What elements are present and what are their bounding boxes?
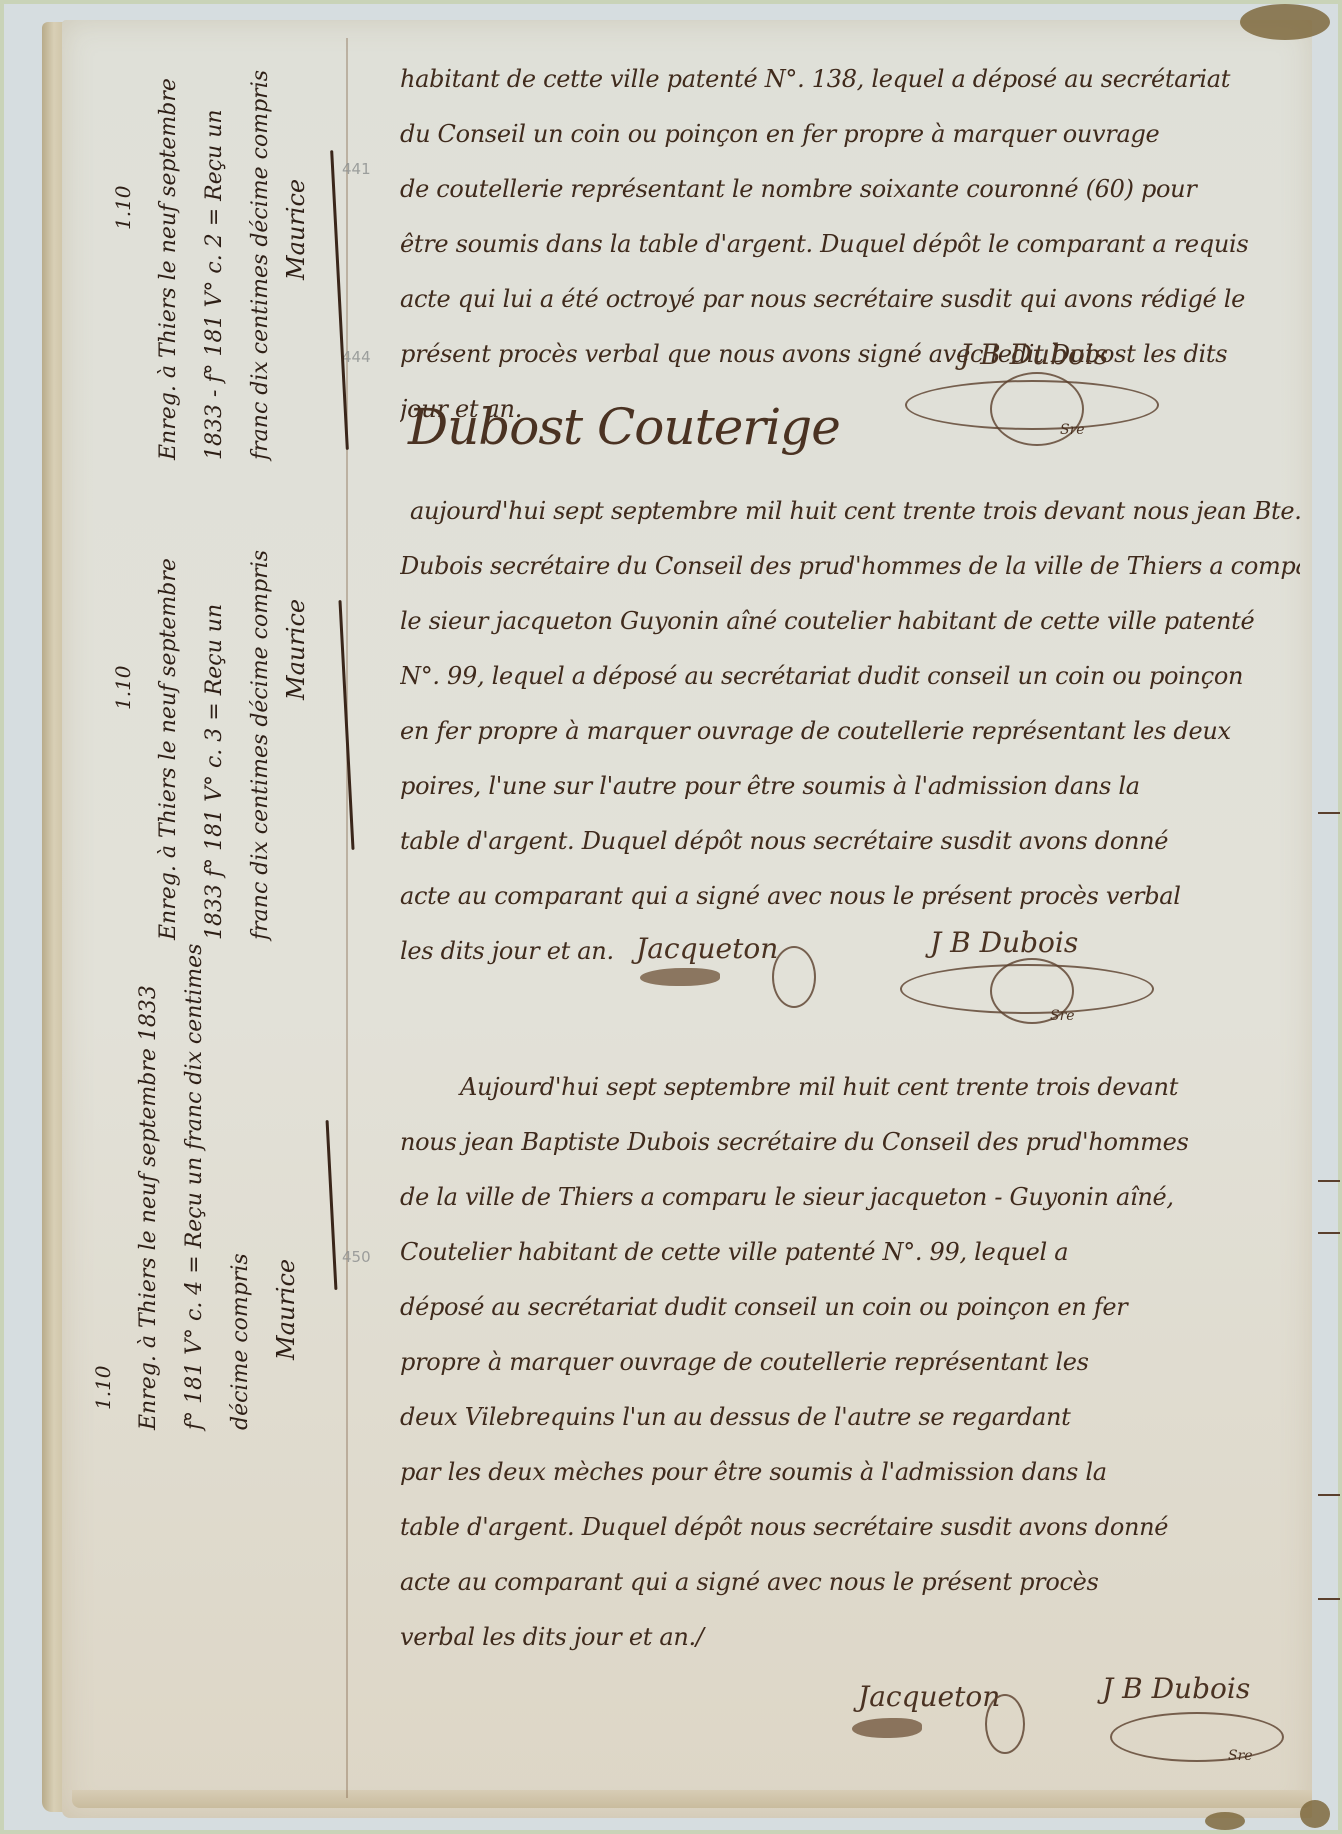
signature-flourish [1110, 1712, 1284, 1762]
text-line: N°. 99, lequel a déposé au secrétariat d… [400, 649, 1300, 704]
entry-3: Aujourd'hui sept septembre mil huit cent… [400, 1060, 1300, 1665]
text-line: aujourd'hui sept septembre mil huit cent… [400, 484, 1300, 539]
line-filler-dash [1318, 1232, 1340, 1234]
line-filler-dash [1318, 1598, 1340, 1600]
margin-rule [346, 38, 348, 1798]
binding-thread-bottom-right [1300, 1800, 1330, 1828]
ink-blot [640, 968, 720, 986]
signature-suffix: Sre [1060, 422, 1085, 438]
margin-amount: 1.10 [100, 70, 146, 460]
text-line: être soumis dans la table d'argent. Duqu… [400, 217, 1300, 272]
text-line: propre à marquer ouvrage de coutellerie … [400, 1335, 1300, 1390]
margin-line: 1833 - f° 181 V° c. 2 = Reçu un [192, 70, 238, 460]
text-line: table d'argent. Duquel dépôt nous secrét… [400, 1500, 1300, 1555]
margin-line: décime compris [218, 944, 264, 1430]
line-filler-dash [1318, 1180, 1340, 1182]
line-filler-dash [1318, 812, 1340, 814]
text-line: acte qui lui a été octroyé par nous secr… [400, 272, 1300, 327]
text-line: présent procès verbal que nous avons sig… [400, 327, 1300, 382]
text-line: par les deux mèches pour être soumis à l… [400, 1445, 1300, 1500]
margin-note-2: 1.10 Enreg. à Thiers le neuf septembre 1… [100, 550, 284, 940]
text-line: habitant de cette ville patenté N°. 138,… [400, 52, 1300, 107]
text-line: de coutellerie représentant le nombre so… [400, 162, 1300, 217]
margin-line: Enreg. à Thiers le neuf septembre 1833 [126, 944, 172, 1430]
signature-dubois-3: J B Dubois [1102, 1672, 1250, 1705]
text-line: du Conseil un coin ou poinçon en fer pro… [400, 107, 1300, 162]
margin-line: Enreg. à Thiers le neuf septembre [146, 550, 192, 940]
text-line: acte au comparant qui a signé avec nous … [400, 869, 1300, 924]
margin-paraph-3: Maurice [272, 1259, 300, 1360]
margin-line: Enreg. à Thiers le neuf septembre [146, 70, 192, 460]
margin-line: franc dix centimes décime compris [238, 70, 284, 460]
binding-thread-top [1240, 4, 1330, 40]
entry-heading: Dubost Couterige [408, 398, 840, 456]
binding-thread-bottom-left [1205, 1812, 1245, 1830]
text-line: déposé au secrétariat dudit conseil un c… [400, 1280, 1300, 1335]
text-line: les dits jour et an. [400, 924, 1300, 979]
text-line: Aujourd'hui sept septembre mil huit cent… [400, 1060, 1300, 1115]
signature-dubois-2: J B Dubois [930, 926, 1078, 959]
entry-1-continuation: habitant de cette ville patenté N°. 138,… [400, 52, 1300, 437]
text-line: deux Vilebrequins l'un au dessus de l'au… [400, 1390, 1300, 1445]
ink-blot [852, 1718, 922, 1738]
text-line: table d'argent. Duquel dépôt nous secrét… [400, 814, 1300, 869]
signature-flourish [985, 1694, 1025, 1754]
text-line: de la ville de Thiers a comparu le sieur… [400, 1170, 1300, 1225]
text-line: verbal les dits jour et an./ [400, 1610, 1300, 1665]
signature-flourish [772, 946, 816, 1008]
signature-jacqueton-2: Jacqueton [858, 1680, 1000, 1713]
margin-note-1: 1.10 Enreg. à Thiers le neuf septembre 1… [100, 70, 284, 460]
pencil-mark-2: 444 [342, 348, 371, 366]
line-filler-dash [1318, 1494, 1340, 1496]
text-line: en fer propre à marquer ouvrage de coute… [400, 704, 1300, 759]
text-line: Dubois secrétaire du Conseil des prud'ho… [400, 539, 1300, 594]
margin-line: f° 181 V° c. 4 = Reçu un franc dix centi… [172, 944, 218, 1430]
margin-line: 1833 f° 181 V° c. 3 = Reçu un [192, 550, 238, 940]
text-line: acte au comparant qui a signé avec nous … [400, 1555, 1300, 1610]
signature-suffix: Sre [1050, 1008, 1075, 1024]
signature-dubois-1: J B Dubois [960, 338, 1108, 371]
margin-note-3: 1.10 Enreg. à Thiers le neuf septembre 1… [80, 944, 264, 1430]
text-line: nous jean Baptiste Dubois secrétaire du … [400, 1115, 1300, 1170]
margin-line: franc dix centimes décime compris [238, 550, 284, 940]
pencil-mark-1: 441 [342, 160, 371, 178]
text-line: poires, l'une sur l'autre pour être soum… [400, 759, 1300, 814]
pencil-mark-3: 450 [342, 1248, 371, 1266]
margin-amount: 1.10 [80, 944, 126, 1430]
signature-jacqueton-1: Jacqueton [636, 932, 778, 965]
margin-amount: 1.10 [100, 550, 146, 940]
margin-paraph-1: Maurice [282, 179, 310, 280]
signature-suffix: Sre [1228, 1748, 1253, 1764]
page-bottom-edge [72, 1790, 1312, 1808]
text-line: Coutelier habitant de cette ville patent… [400, 1225, 1300, 1280]
margin-paraph-2: Maurice [282, 599, 310, 700]
text-line: le sieur jacqueton Guyonin aîné coutelie… [400, 594, 1300, 649]
entry-2: aujourd'hui sept septembre mil huit cent… [400, 484, 1300, 979]
